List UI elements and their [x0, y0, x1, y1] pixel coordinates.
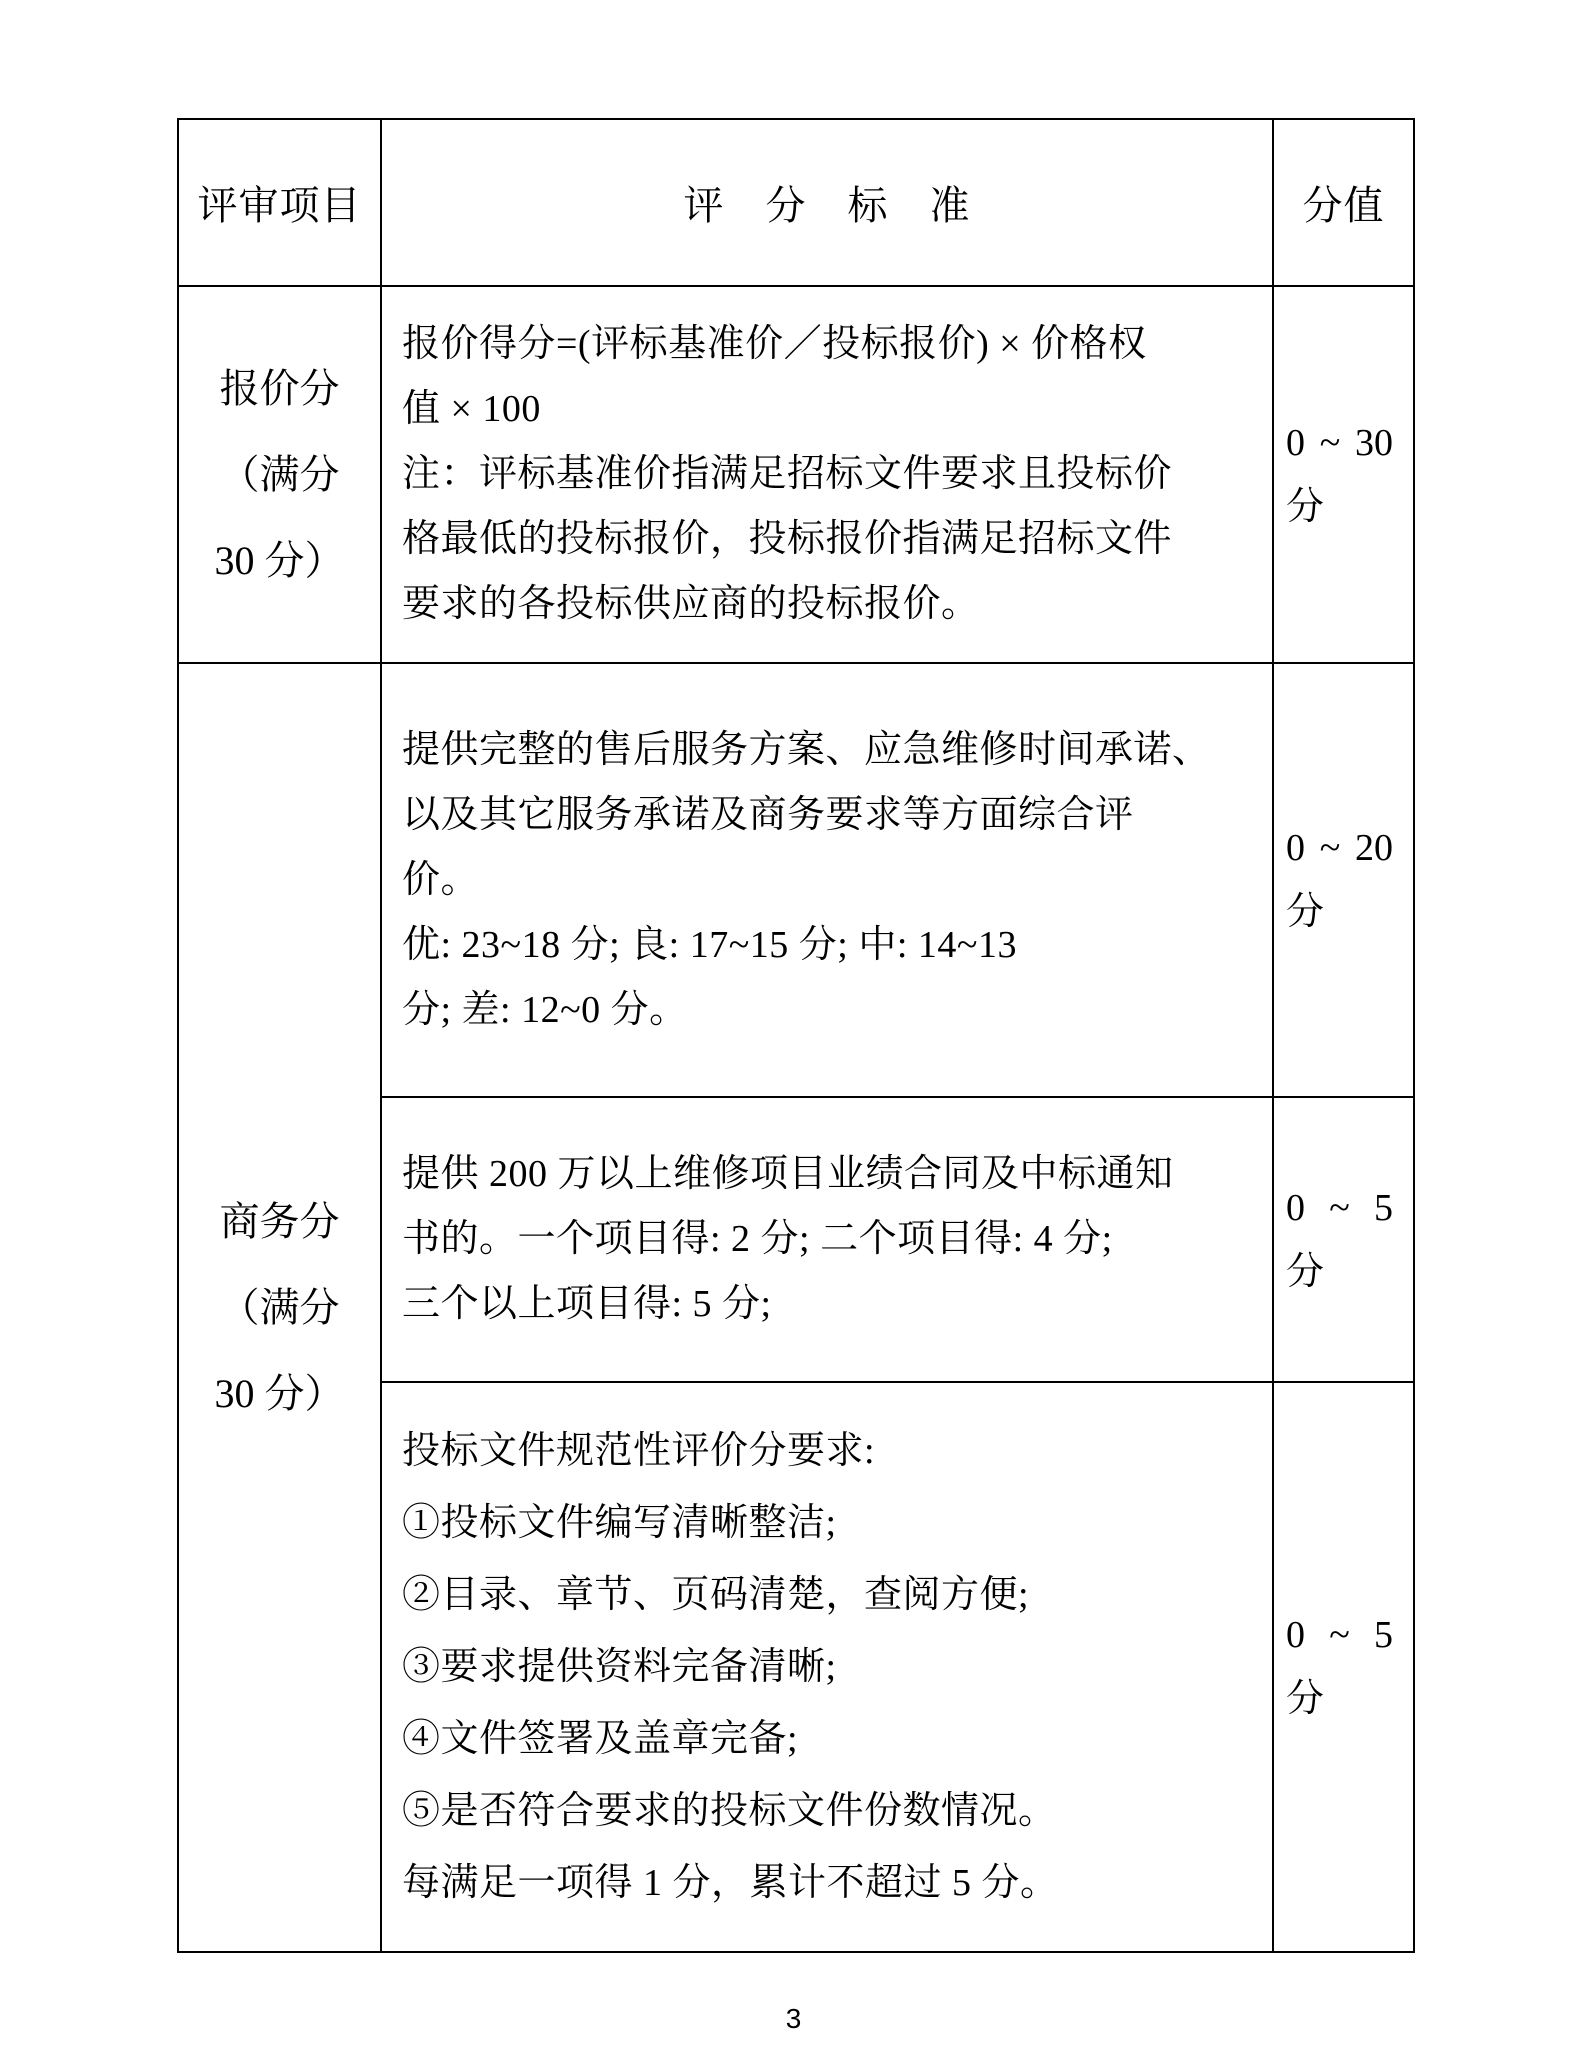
header-scoring-criteria: 评 分 标 准 [381, 119, 1273, 286]
header-score-value: 分值 [1273, 119, 1414, 286]
page-number: 3 [0, 2002, 1587, 2036]
business-service-score-range: 0 ~ 20 分 [1273, 663, 1414, 1097]
header-review-item: 评审项目 [178, 119, 381, 286]
evaluation-criteria-table: 评审项目 评 分 标 准 分值 报价分 （满分 30 分） 报价得分=(评标基准… [177, 118, 1415, 1953]
business-document-score-range: 0 ~ 5 分 [1273, 1382, 1414, 1952]
document-page: 评审项目 评 分 标 准 分值 报价分 （满分 30 分） 报价得分=(评标基准… [0, 0, 1587, 2047]
table-header-row: 评审项目 评 分 标 准 分值 [178, 119, 1414, 286]
business-contracts-criteria-text: 提供 200 万以上维修项目业绩合同及中标通知 书的。一个项目得: 2 分; 二… [381, 1097, 1273, 1382]
table-row-price: 报价分 （满分 30 分） 报价得分=(评标基准价／投标报价) × 价格权 值 … [178, 286, 1414, 663]
business-item-label: 商务分 （满分 30 分） [178, 663, 381, 1952]
business-document-criteria-text: 投标文件规范性评价分要求: ①投标文件编写清晰整洁; ②目录、章节、页码清楚，查… [381, 1382, 1273, 1952]
business-service-criteria-text: 提供完整的售后服务方案、应急维修时间承诺、 以及其它服务承诺及商务要求等方面综合… [381, 663, 1273, 1097]
table-row-business-service: 商务分 （满分 30 分） 提供完整的售后服务方案、应急维修时间承诺、 以及其它… [178, 663, 1414, 1097]
price-criteria-text: 报价得分=(评标基准价／投标报价) × 价格权 值 × 100 注：评标基准价指… [381, 286, 1273, 663]
price-score-range: 0 ~ 30 分 [1273, 286, 1414, 663]
business-contracts-score-range: 0 ~ 5 分 [1273, 1097, 1414, 1382]
price-item-label: 报价分 （满分 30 分） [178, 286, 381, 663]
